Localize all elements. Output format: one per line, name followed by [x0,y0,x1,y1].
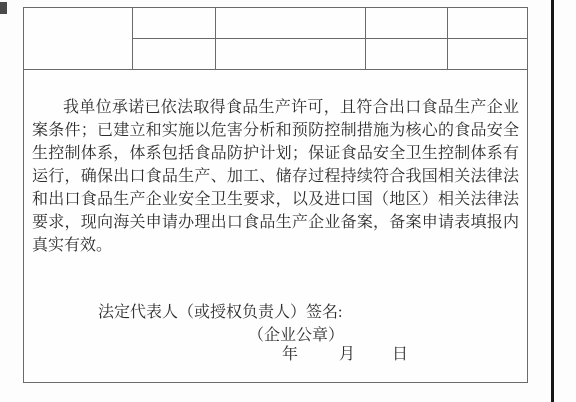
declaration-line: 要求，现向海关申请办理出口食品生产企业备案，备案申请表填报内容 [32,211,519,234]
date-month-label: 月 [339,346,355,363]
scan-artifact-mark [0,2,7,14]
declaration-paragraph: 我单位承诺已依法取得食品生产许可，且符合出口食品生产企业备 案条件；已建立和实施… [32,96,519,257]
date-day-label: 日 [392,346,408,363]
form-cell-r1c5 [448,8,528,39]
declaration-line: 真实有效。 [32,234,519,257]
form-cell-r2c4 [366,39,448,70]
form-cell-r1c2 [133,8,216,39]
legal-representative-signature-label: 法定代表人（或授权负责人）签名: [98,303,342,323]
table-row-1 [24,8,528,39]
date-line: 年 月 日 [282,345,408,365]
registration-form-table: 我单位承诺已依法取得食品生产许可，且符合出口食品生产企业备 案条件；已建立和实施… [23,7,528,383]
form-cell-r2c5 [448,39,528,70]
form-cell-merged-col1 [24,8,133,70]
declaration-line: 和出口食品生产企业安全卫生要求，以及进口国（地区）相关法律法规 [32,188,519,211]
scan-edge-line [551,0,554,402]
declaration-cell: 我单位承诺已依法取得食品生产许可，且符合出口食品生产企业备 案条件；已建立和实施… [24,70,528,383]
form-cell-r2c3 [216,39,366,70]
declaration-line: 案条件；已建立和实施以危害分析和预防控制措施为核心的食品安全卫 [32,119,519,142]
form-cell-r2c2 [133,39,216,70]
date-year-label: 年 [282,346,298,363]
form-cell-r1c4 [366,8,448,39]
declaration-line: 运行，确保出口食品生产、加工、储存过程持续符合我国相关法律法规 [32,165,519,188]
scanned-form-page: { "colors": { "ink": "#2b2b2b", "table_b… [0,0,576,402]
table-row-declaration: 我单位承诺已依法取得食品生产许可，且符合出口食品生产企业备 案条件；已建立和实施… [24,70,528,383]
company-seal-label: （企业公章） [248,326,344,346]
declaration-line: 我单位承诺已依法取得食品生产许可，且符合出口食品生产企业备 [32,96,519,119]
declaration-line: 生控制体系，体系包括食品防护计划；保证食品安全卫生控制体系有效 [32,142,519,165]
form-cell-r1c3 [216,8,366,39]
